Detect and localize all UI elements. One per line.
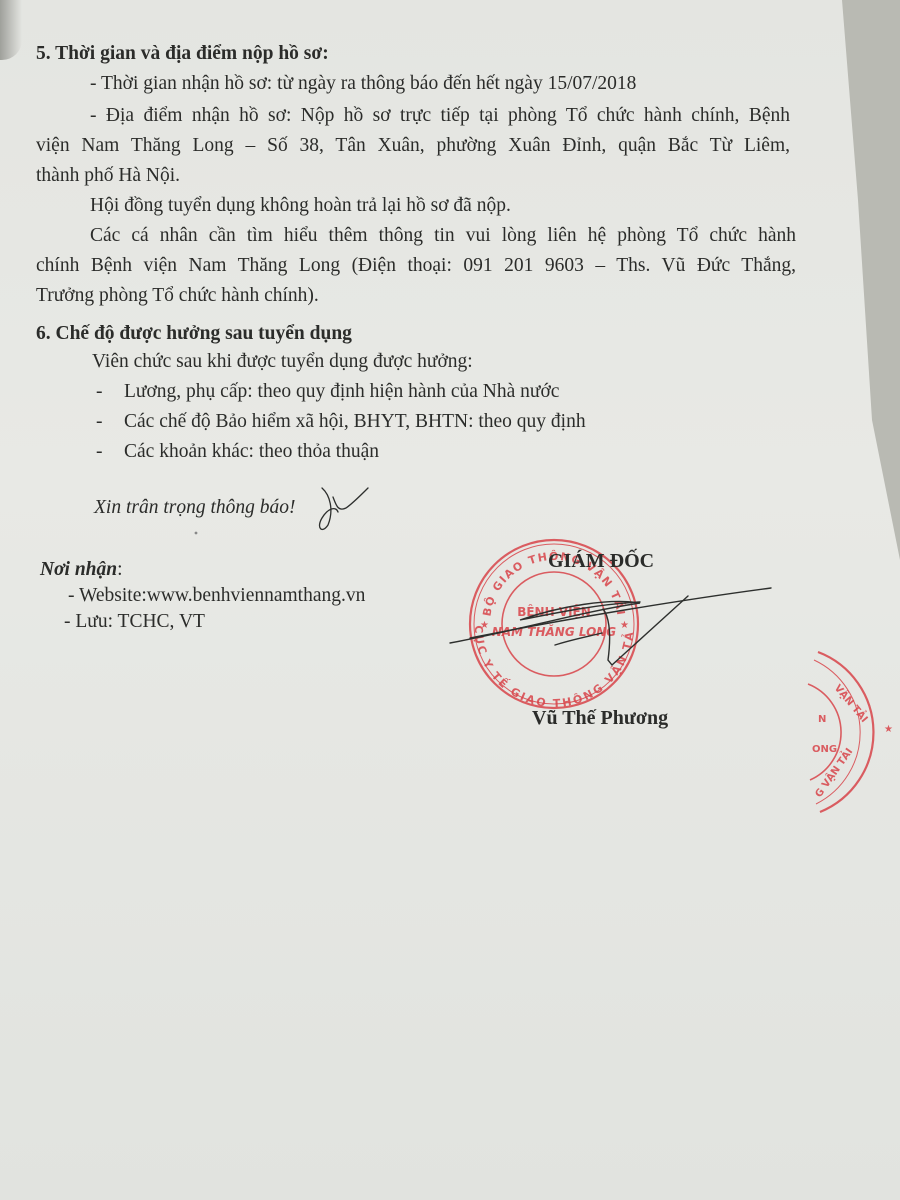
- partial-stamp: VẬN TẢI N ONG G VẬN TẢI ★: [800, 648, 900, 818]
- submission-time: - Thời gian nhận hồ sơ: từ ngày ra thông…: [90, 72, 636, 96]
- benefit-item-1: Lương, phụ cấp: theo quy định hiện hành …: [124, 380, 559, 404]
- benefits-intro: Viên chức sau khi được tuyển dụng được h…: [92, 350, 473, 374]
- benefit-bullet-2: -: [96, 410, 103, 434]
- recipients-heading: Nơi nhận:: [40, 558, 123, 582]
- recipient-archive: - Lưu: TCHC, VT: [64, 610, 205, 634]
- submission-place-line-3: thành phố Hà Nội.: [36, 164, 180, 188]
- section-6-heading: 6. Chế độ được hưởng sau tuyển dụng: [36, 322, 352, 346]
- contact-line-3: Trưởng phòng Tổ chức hành chính).: [36, 284, 319, 308]
- recipients-colon: :: [117, 559, 122, 580]
- submission-place-line-1: - Địa điểm nhận hồ sơ: Nộp hồ sơ trực ti…: [90, 104, 790, 128]
- benefit-item-3: Các khoản khác: theo thỏa thuận: [124, 440, 379, 464]
- stamp-star-left: ★: [480, 620, 489, 631]
- stamp-center-line-1: BỆNH VIỆN: [517, 604, 591, 619]
- submission-place-line-2: viện Nam Thăng Long – Số 38, Tân Xuân, p…: [36, 134, 790, 158]
- section-5-heading: 5. Thời gian và địa điểm nộp hồ sơ:: [36, 42, 329, 66]
- signatory-name: Vũ Thế Phương: [532, 706, 668, 730]
- page-shadow: [0, 0, 22, 60]
- closing-phrase: Xin trân trọng thông báo!: [94, 496, 296, 520]
- partial-stamp-fragment-2: N: [818, 714, 826, 725]
- partial-stamp-star: ★: [884, 724, 893, 735]
- partial-stamp-fragment-1: VẬN TẢI: [832, 681, 872, 725]
- benefit-bullet-1: -: [96, 380, 103, 404]
- contact-line-1: Các cá nhân cần tìm hiểu thêm thông tin …: [90, 224, 796, 248]
- signatory-title: GIÁM ĐỐC: [548, 549, 654, 573]
- benefit-bullet-3: -: [96, 440, 103, 464]
- benefit-item-2: Các chế độ Bảo hiểm xã hội, BHYT, BHTN: …: [124, 410, 586, 434]
- contact-line-2: chính Bệnh viện Nam Thăng Long (Điện tho…: [36, 254, 796, 278]
- recipients-label: Nơi nhận: [40, 559, 117, 580]
- stamp-center-line-2: NAM THĂNG LONG: [492, 624, 616, 639]
- no-return-note: Hội đồng tuyển dụng không hoàn trả lại h…: [90, 194, 511, 218]
- recipient-website: - Website:www.benhviennamthang.vn: [68, 584, 365, 608]
- partial-stamp-fragment-3: ONG: [812, 744, 837, 755]
- stamp-star-right: ★: [620, 620, 629, 631]
